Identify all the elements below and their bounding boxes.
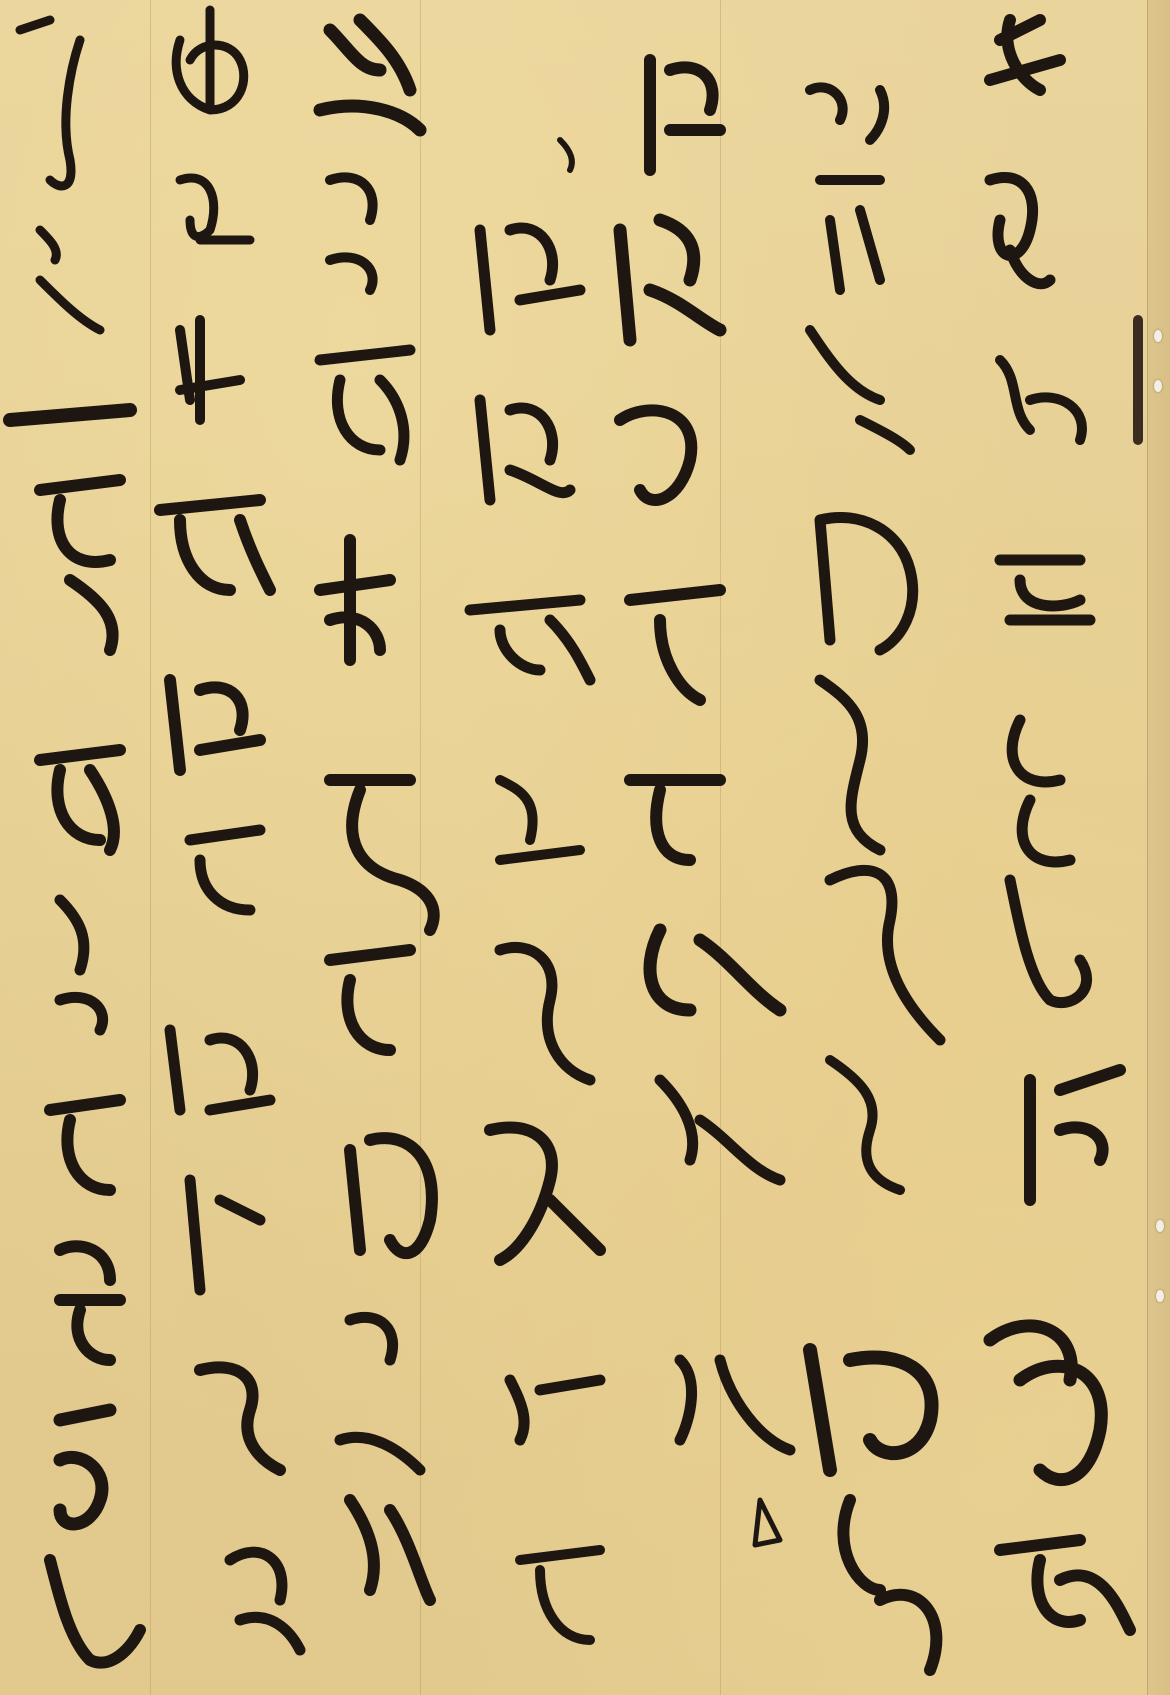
- ink-strokes: [0, 0, 1170, 1695]
- column-3: [620, 60, 790, 1545]
- column-2: [810, 87, 940, 1670]
- column-1: [990, 20, 1130, 1630]
- column-6: [160, 10, 300, 1650]
- column-7: [10, 20, 140, 1663]
- calligraphy-scroll: Chinese cursive calligraphy (caoshu) scr…: [0, 0, 1170, 1695]
- column-5: [320, 20, 434, 1600]
- column-4: [470, 140, 600, 1640]
